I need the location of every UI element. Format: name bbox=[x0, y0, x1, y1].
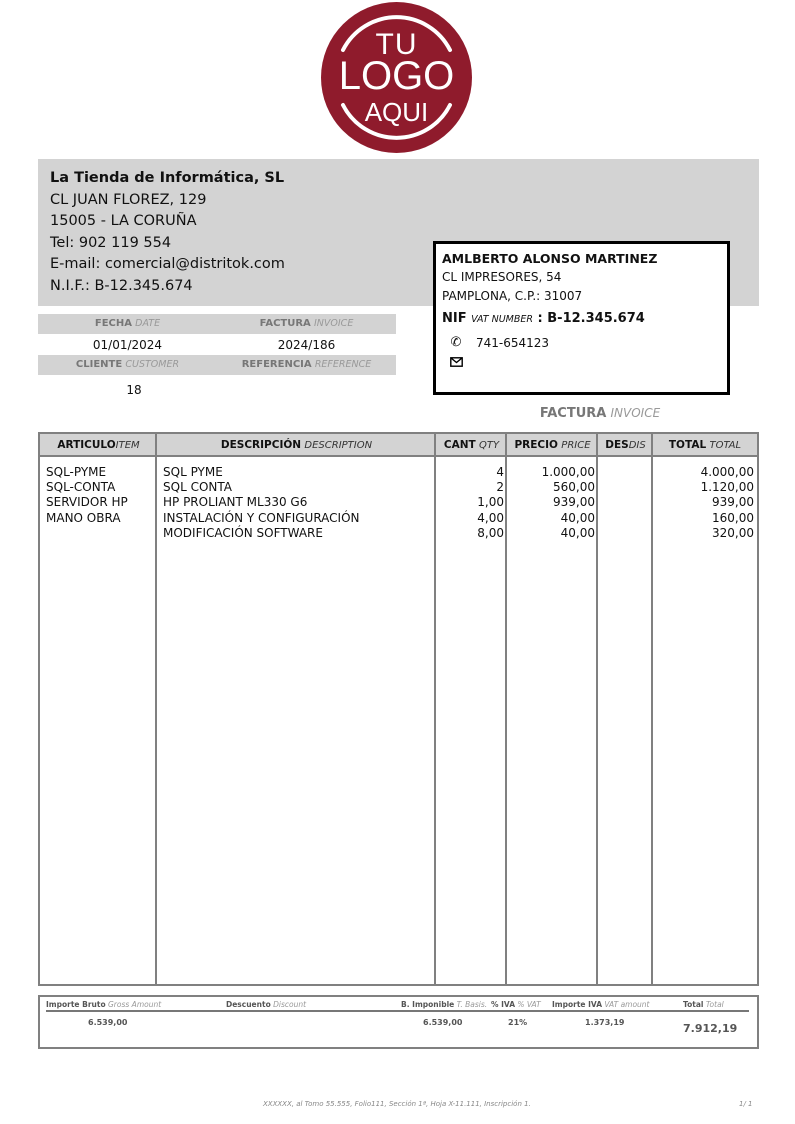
company-nif: N.I.F.: B-12.345.674 bbox=[50, 276, 285, 298]
client-nif: NIF VAT NUMBER : B-12.345.674 bbox=[442, 310, 721, 329]
grand-total: 7.912,19 bbox=[683, 1022, 737, 1035]
cell-price: 939,00 bbox=[553, 495, 595, 510]
reference-value bbox=[230, 380, 396, 400]
cell-item: SERVIDOR HP bbox=[46, 495, 128, 510]
meta-value-row-1: 01/01/2024 2024/186 bbox=[38, 335, 396, 355]
cell-price: 1.000,00 bbox=[542, 465, 595, 480]
column-header-qty: CANT QTY bbox=[436, 434, 507, 457]
items-table: ARTICULOITEMDESCRIPCIÓN DESCRIPTIONCANT … bbox=[38, 432, 759, 986]
client-box: AMLBERTO ALONSO MARTINEZ CL IMPRESORES, … bbox=[433, 241, 730, 395]
cell-qty: 1,00 bbox=[477, 495, 504, 510]
gross-label: Importe Bruto Gross Amount bbox=[46, 1000, 161, 1009]
column-header-description: DESCRIPCIÓN DESCRIPTION bbox=[157, 434, 436, 457]
cell-item: MANO OBRA bbox=[46, 511, 121, 526]
company-phone: Tel: 902 119 554 bbox=[50, 233, 285, 255]
client-phone: 741-654123 bbox=[476, 336, 549, 350]
cell-price: 40,00 bbox=[561, 526, 595, 541]
cell-item: SQL-PYME bbox=[46, 465, 106, 480]
client-nif-value: : B-12.345.674 bbox=[538, 311, 645, 326]
customer-value: 18 bbox=[38, 380, 230, 400]
cell-qty: 2 bbox=[496, 480, 504, 495]
phone-icon: ✆ bbox=[448, 335, 464, 350]
registry-note: XXXXXX, al Tomo 55.555, Folio111, Secció… bbox=[263, 1100, 531, 1108]
totals-box: Importe Bruto Gross Amount Descuento Dis… bbox=[38, 995, 759, 1049]
cell-description: SQL CONTA bbox=[163, 480, 232, 495]
discount-label: Descuento Discount bbox=[226, 1000, 306, 1009]
client-phone-row: ✆ 741-654123 bbox=[442, 335, 721, 350]
meta-header-row-1: FECHA DATE FACTURA INVOICE bbox=[38, 314, 396, 334]
date-label: FECHA DATE bbox=[38, 314, 217, 334]
envelope-icon bbox=[448, 356, 464, 371]
cell-price: 40,00 bbox=[561, 511, 595, 526]
cell-qty: 4 bbox=[496, 465, 504, 480]
client-address: CL IMPRESORES, 54 bbox=[442, 268, 721, 287]
cell-description: MODIFICACIÓN SOFTWARE bbox=[163, 526, 323, 541]
company-city: 15005 - LA CORUÑA bbox=[50, 211, 285, 233]
column-header-discount: DESDIS bbox=[598, 434, 653, 457]
cell-item: SQL-CONTA bbox=[46, 480, 115, 495]
column-divider bbox=[598, 434, 653, 984]
vat-amount-value: 1.373,19 bbox=[585, 1018, 624, 1027]
cell-total: 1.120,00 bbox=[701, 480, 754, 495]
cell-total: 320,00 bbox=[712, 526, 754, 541]
total-label: Total Total bbox=[683, 1000, 724, 1009]
client-email-row bbox=[442, 356, 721, 371]
totals-divider bbox=[46, 1010, 749, 1012]
gross-value: 6.539,00 bbox=[88, 1018, 127, 1027]
page-number: 1/ 1 bbox=[739, 1100, 753, 1108]
cell-description: SQL PYME bbox=[163, 465, 223, 480]
cell-qty: 4,00 bbox=[477, 511, 504, 526]
document-title: FACTURA INVOICE bbox=[480, 406, 720, 421]
company-logo: TU LOGO AQUI bbox=[321, 2, 472, 153]
cell-description: HP PROLIANT ML330 G6 bbox=[163, 495, 307, 510]
vat-pct-value: 21% bbox=[508, 1018, 527, 1027]
cell-price: 560,00 bbox=[553, 480, 595, 495]
meta-value-row-2: 18 bbox=[38, 380, 396, 400]
cell-description: INSTALACIÓN Y CONFIGURACIÓN bbox=[163, 511, 360, 526]
cell-total: 160,00 bbox=[712, 511, 754, 526]
cell-total: 939,00 bbox=[712, 495, 754, 510]
client-name: AMLBERTO ALONSO MARTINEZ bbox=[442, 250, 721, 268]
client-nif-label-en: VAT NUMBER bbox=[471, 314, 533, 325]
cell-qty: 8,00 bbox=[477, 526, 504, 541]
company-name: La Tienda de Informática, SL bbox=[50, 168, 285, 190]
meta-header-row-2: CLIENTE CUSTOMER REFERENCIA REFERENCE bbox=[38, 355, 396, 375]
company-email: E-mail: comercial@distritok.com bbox=[50, 254, 285, 276]
client-city: PAMPLONA, C.P.: 31007 bbox=[442, 287, 721, 306]
logo-text-line3: AQUI bbox=[321, 97, 472, 128]
logo-text-line2: LOGO bbox=[321, 54, 472, 99]
invoice-number: 2024/186 bbox=[217, 335, 396, 355]
basis-value: 6.539,00 bbox=[423, 1018, 462, 1027]
date-value: 01/01/2024 bbox=[38, 335, 217, 355]
company-info: La Tienda de Informática, SL CL JUAN FLO… bbox=[50, 168, 285, 297]
invoice-label: FACTURA INVOICE bbox=[217, 314, 396, 334]
vat-pct-label: % IVA % VAT bbox=[491, 1000, 541, 1009]
reference-label: REFERENCIA REFERENCE bbox=[217, 355, 396, 375]
customer-label: CLIENTE CUSTOMER bbox=[38, 355, 217, 375]
client-nif-label: NIF bbox=[442, 311, 467, 326]
column-header-price: PRECIO PRICE bbox=[507, 434, 598, 457]
basis-label: B. Imponible T. Basis. bbox=[401, 1000, 487, 1009]
column-header-item: ARTICULOITEM bbox=[40, 434, 157, 457]
column-header-total: TOTAL TOTAL bbox=[653, 434, 757, 457]
vat-amount-label: Importe IVA VAT amount bbox=[552, 1000, 650, 1009]
company-address: CL JUAN FLOREZ, 129 bbox=[50, 190, 285, 212]
cell-total: 4.000,00 bbox=[701, 465, 754, 480]
